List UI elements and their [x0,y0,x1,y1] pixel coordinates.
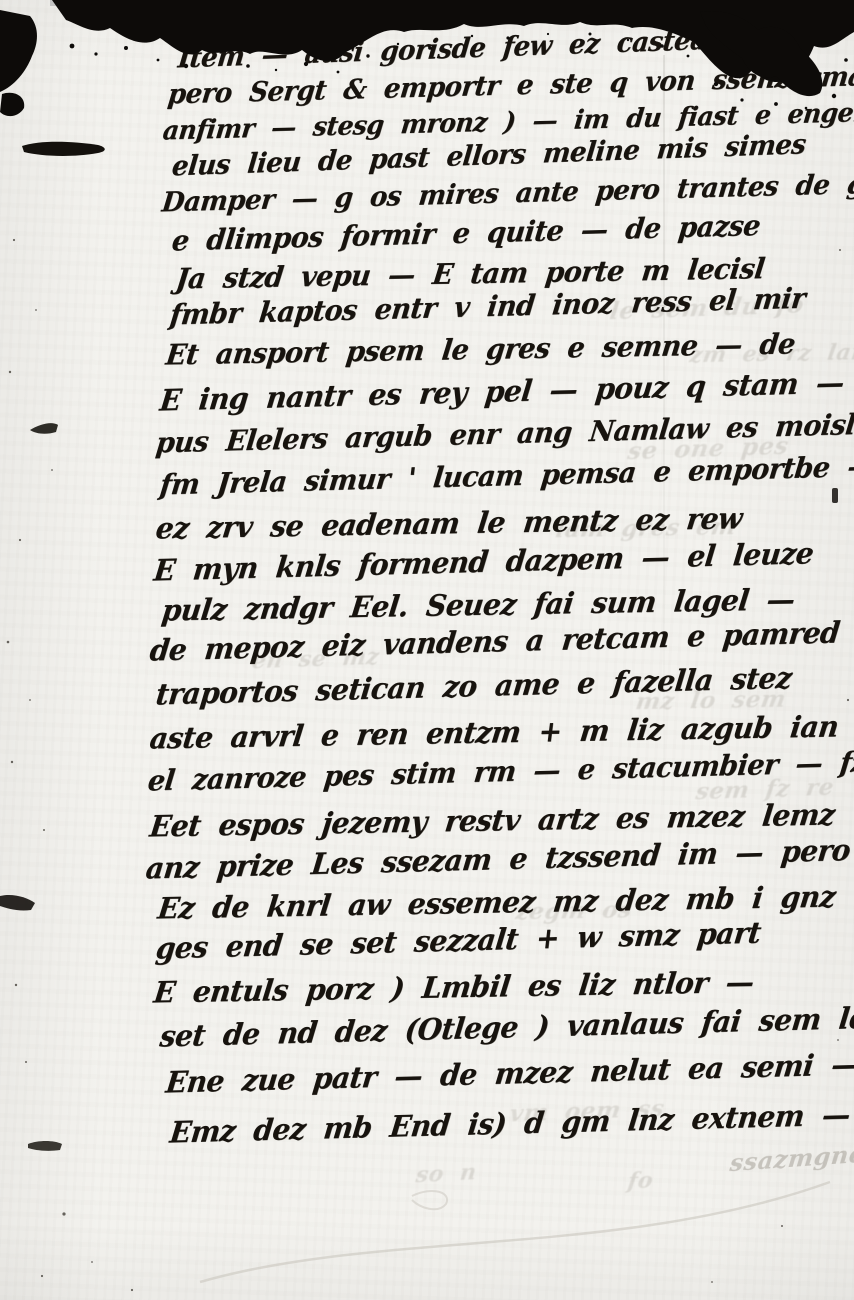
manuscript-line: set de nd dez (Otlege ) vanlaus fai sem … [158,1001,854,1054]
left-margin-smudge-2 [30,423,58,434]
ghost-text-fragment: so n [414,1159,478,1188]
manuscript-line: Emz dez mb End is) d gm lnz extnem — [168,1097,852,1150]
scanner-edge-strip [50,0,854,6]
manuscript-line: E ing nantr es rey pel — pouz q stam — [158,365,846,418]
faint-bottom-loop [412,1191,447,1209]
right-margin-tick [832,488,838,503]
manuscript-page: le sem du fozm es rz lamse one peslam gr… [0,0,854,1300]
manuscript-line: fm Jrela simur ' lucam pemsa e emportbe … [158,450,854,501]
ghost-signature: ssazmgne St [728,1135,854,1177]
left-margin-smudge-4 [28,1141,62,1151]
scanner-edge-strip-right [575,0,854,10]
faint-bottom-curve [200,1182,830,1282]
left-margin-smudge-1 [22,142,105,156]
manuscript-line: E entuls porz ) Lmbil es liz ntlor — [152,965,756,1010]
manuscript-line: e dlimpos formir e quite — de pazse [170,210,762,258]
top-left-ink-stain [0,10,37,92]
top-left-ink-stain-2 [0,93,24,116]
manuscript-line: Ene zue patr — de mzez nelut ea semi — [164,1047,854,1100]
left-margin-smudge-3 [0,895,35,911]
ghost-text-fragment: fo [626,1167,655,1194]
